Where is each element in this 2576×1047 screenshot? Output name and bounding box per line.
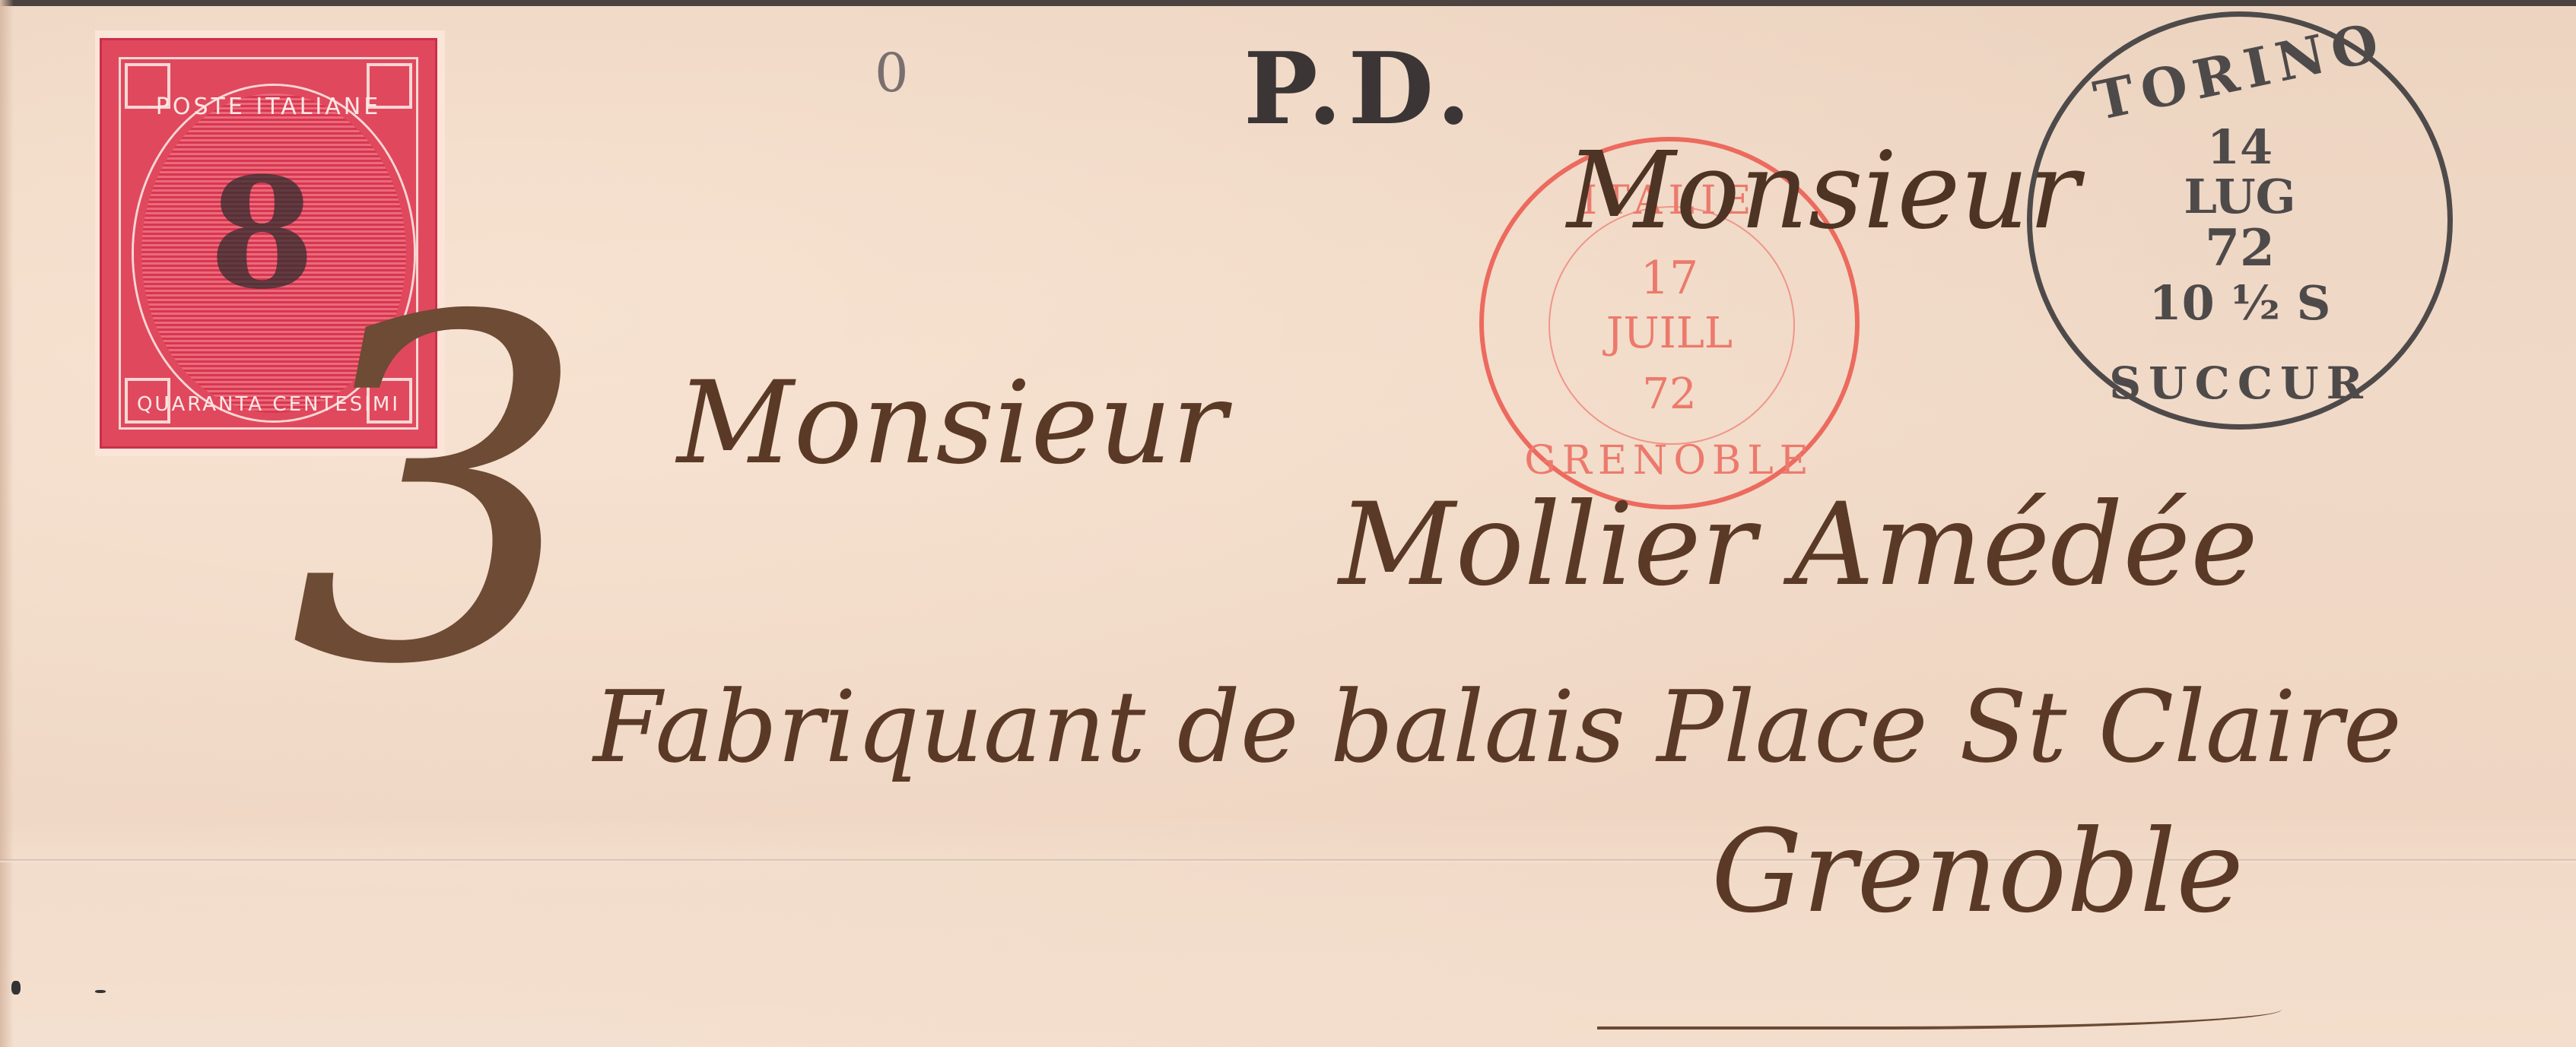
postmark-day: 17	[1484, 252, 1855, 305]
stamp-top-text: POSTE ITALIANE	[102, 94, 435, 120]
pencil-note: 0	[875, 42, 909, 104]
postal-cover: POSTE ITALIANE QUARANTA CENTESIMI 8 0 P.…	[0, 0, 2576, 1047]
address-line: Fabriquant de balais Place St Claire	[593, 669, 2402, 785]
addressee-name: Mollier Amédée	[1339, 479, 2258, 611]
postmark-month: LUG	[2032, 169, 2447, 224]
postmark-month: JUILL	[1484, 309, 1855, 358]
postmark-day: 14	[2032, 119, 2447, 175]
salutation: Monsieur	[677, 357, 1227, 490]
pd-marking: P.D.	[1244, 30, 1477, 147]
crossed-out-salutation: Monsieur	[1567, 129, 2079, 253]
postmark-year: 72	[2032, 218, 2447, 278]
address-city: Grenoble	[1711, 806, 2244, 938]
ink-spot	[11, 981, 21, 995]
left-edge	[0, 0, 14, 1047]
postmark-year: 72	[1484, 370, 1855, 419]
city-underline-flourish	[1597, 996, 2282, 1030]
torino-postmark: TORINO 14 LUG 72 10 ½ S SUCCUR	[2027, 11, 2453, 430]
postmark-time: 10 ½ S	[2032, 275, 2447, 331]
manuscript-rate: 3	[289, 259, 589, 730]
ink-spot	[95, 990, 106, 993]
top-edge	[0, 0, 2576, 6]
postmark-office: SUCCUR	[2032, 357, 2447, 409]
postmark-city: GRENOBLE	[1484, 438, 1855, 484]
